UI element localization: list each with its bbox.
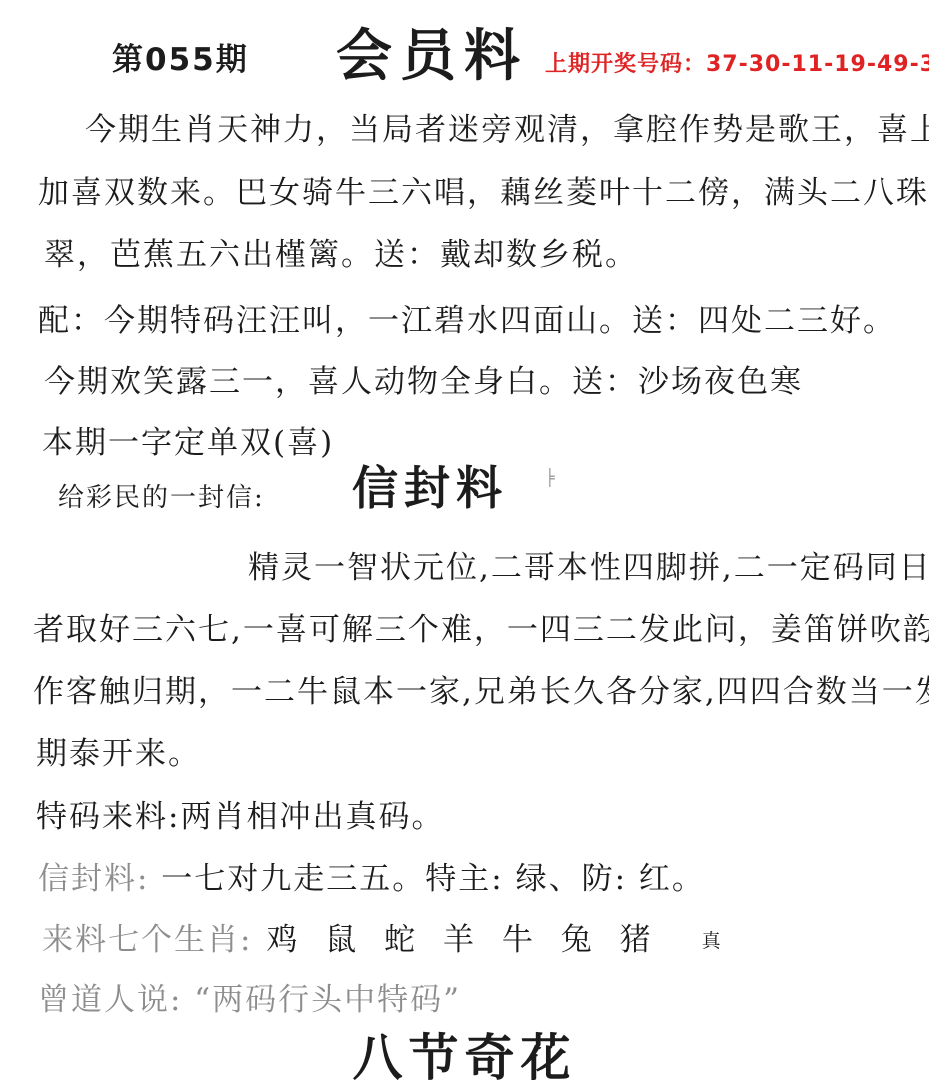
- letter-line: 精灵一智状元位,二哥本性四脚拼,二一定码同日出,胜: [248, 542, 929, 587]
- letter-line: 者取好三六七,一喜可解三个难，一四三二发此问，姜笛饼吹韵更氛，异乡: [33, 604, 929, 649]
- envelope-tip-label: 信封料:: [38, 861, 149, 897]
- issue-number: 第055期: [112, 34, 249, 79]
- lottery-tip-sheet: 第055期 会员料 上期开奖号码：37-30-11-19-49-32+48 今期…: [0, 0, 929, 1091]
- envelope-tip-line: 信封料: 一七对九走三五。特主: 绿、防: 红。: [38, 853, 705, 898]
- last-draw-numbers: 上期开奖号码：37-30-11-19-49-32+48: [545, 47, 929, 78]
- letter-line: 作客触归期，一二牛鼠本一家,兄弟长久各分家,四四合数当一发,三三今: [33, 666, 929, 711]
- ink-mark: ╞: [545, 468, 555, 487]
- footer-section-title: 八节奇花: [0, 1018, 929, 1090]
- zodiac-tip-line: 来料七个生肖:鸡 鼠 蛇 羊 牛 兔 猪真: [42, 914, 721, 959]
- single-double-line: 本期一字定单双(喜): [42, 417, 334, 462]
- poem-line: 翠，芭蕉五六出槿篱。送：戴却数乡税。: [44, 229, 638, 274]
- poem-line: 加喜双数来。巴女骑牛三六唱，藕丝菱叶十二傍，满头二八珠间: [38, 167, 929, 212]
- zodiac-label: 来料七个生肖:: [42, 922, 252, 958]
- poem-line: 配：今期特码汪汪叫，一江碧水四面山。送：四处二三好。: [38, 295, 896, 340]
- ink-mark: 真: [702, 930, 721, 952]
- page-title: 会员料: [336, 12, 528, 92]
- master-quote-line: 曾道人说: “两码行头中特码”: [38, 974, 461, 1019]
- zodiac-animals: 鸡 鼠 蛇 羊 牛 兔 猪: [266, 922, 659, 958]
- envelope-tip-text: 一七对九走三五。特主: 绿、防: 红。: [149, 861, 704, 897]
- poem-line: 今期生肖天神力，当局者迷旁观清，拿腔作势是歌王，喜上: [85, 104, 929, 149]
- poem-line: 今期欢笑露三一，喜人动物全身白。送：沙场夜色寒: [44, 356, 803, 401]
- letter-intro-label: 给彩民的一封信:: [58, 477, 265, 514]
- letter-line: 期泰开来。: [36, 728, 201, 773]
- special-code-tip: 特码来料:两肖相冲出真码。: [36, 791, 444, 836]
- envelope-section-title: 信封料: [352, 452, 508, 518]
